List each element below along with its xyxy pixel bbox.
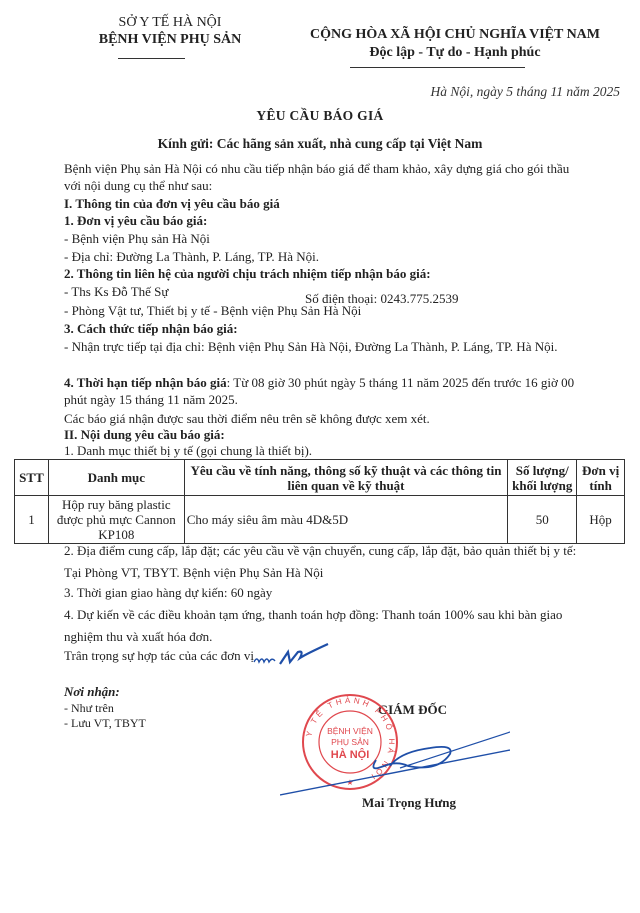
- section2-item3: 3. Thời gian giao hàng dự kiến: 60 ngày: [64, 584, 574, 601]
- sub2-heading: 2. Thông tin liên hệ của người chịu trác…: [64, 265, 624, 282]
- section2-item2: 2. Địa điểm cung cấp, lắp đặt; các yêu c…: [64, 540, 584, 584]
- col-header-spec: Yêu cầu về tính năng, thông số kỹ thuật …: [184, 460, 508, 496]
- header-right-underline: [350, 67, 525, 68]
- cell-qty: 50: [508, 496, 577, 544]
- sub1-heading: 1. Đơn vị yêu cầu báo giá:: [64, 212, 574, 229]
- section1-heading: I. Thông tin của đơn vị yêu cầu báo giá: [64, 195, 574, 212]
- national-header-block: CỘNG HÒA XÃ HỘI CHỦ NGHĨA VIỆT NAM Độc l…: [270, 26, 640, 62]
- section2-item1: 1. Danh mục thiết bị y tế (gọi chung là …: [64, 442, 574, 459]
- addressee: Kính gửi: Các hãng sản xuất, nhà cung cấ…: [0, 136, 640, 152]
- intro-paragraph: Bệnh viện Phụ sản Hà Nội có nhu cầu tiếp…: [64, 160, 574, 194]
- cell-stt: 1: [15, 496, 49, 544]
- cell-unit: Hộp: [577, 496, 625, 544]
- date-line: Hà Nội, ngày 5 tháng 11 năm 2025: [431, 84, 621, 100]
- sub3-text: - Nhận trực tiếp tại địa chỉ: Bệnh viện …: [64, 338, 584, 355]
- section2-heading: II. Nội dung yêu cầu báo giá:: [64, 426, 574, 443]
- cell-item-name: Hộp ruy băng plastic được phủ mực Cannon…: [48, 496, 184, 544]
- nation-title: CỘNG HÒA XÃ HỘI CHỦ NGHĨA VIỆT NAM: [270, 26, 640, 44]
- sub4-paragraph: 4. Thời hạn tiếp nhận báo giá: Từ 08 giờ…: [64, 374, 584, 408]
- director-signature-icon: [280, 720, 510, 800]
- document-title: YÊU CẦU BÁO GIÁ: [0, 108, 640, 124]
- col-header-qty: Số lượng/ khối lượng: [508, 460, 577, 496]
- issuing-agency-block: SỞ Y TẾ HÀ NỘI BỆNH VIỆN PHỤ SẢN: [60, 14, 280, 48]
- sub1-line: - Bệnh viện Phụ sản Hà Nội: [64, 230, 574, 247]
- col-header-unit: Đơn vị tính: [577, 460, 625, 496]
- contact-dept: - Phòng Vật tư, Thiết bị y tế - Bệnh việ…: [64, 302, 574, 319]
- agency-name: SỞ Y TẾ HÀ NỘI: [60, 14, 280, 31]
- sub4-heading: 4. Thời hạn tiếp nhận báo giá: [64, 375, 227, 390]
- table-header-row: STT Danh mục Yêu cầu về tính năng, thông…: [15, 460, 625, 496]
- sub4-note: Các báo giá nhận được sau thời điểm nêu …: [64, 410, 574, 427]
- cell-spec: Cho máy siêu âm màu 4D&5D: [184, 496, 508, 544]
- sub1-line: - Địa chỉ: Đường La Thành, P. Láng, TP. …: [64, 248, 574, 265]
- sub3-heading: 3. Cách thức tiếp nhận báo giá:: [64, 320, 574, 337]
- col-header-item: Danh mục: [48, 460, 184, 496]
- initials-signature-icon: [252, 642, 332, 668]
- hospital-name: BỆNH VIỆN PHỤ SẢN: [60, 31, 280, 48]
- table-row: 1 Hộp ruy băng plastic được phủ mực Cann…: [15, 496, 625, 544]
- signer-name: Mai Trọng Hưng: [362, 795, 456, 811]
- header-left-underline: [118, 58, 185, 59]
- items-table: STT Danh mục Yêu cầu về tính năng, thông…: [14, 459, 625, 544]
- national-motto: Độc lập - Tự do - Hạnh phúc: [270, 44, 640, 62]
- col-header-stt: STT: [15, 460, 49, 496]
